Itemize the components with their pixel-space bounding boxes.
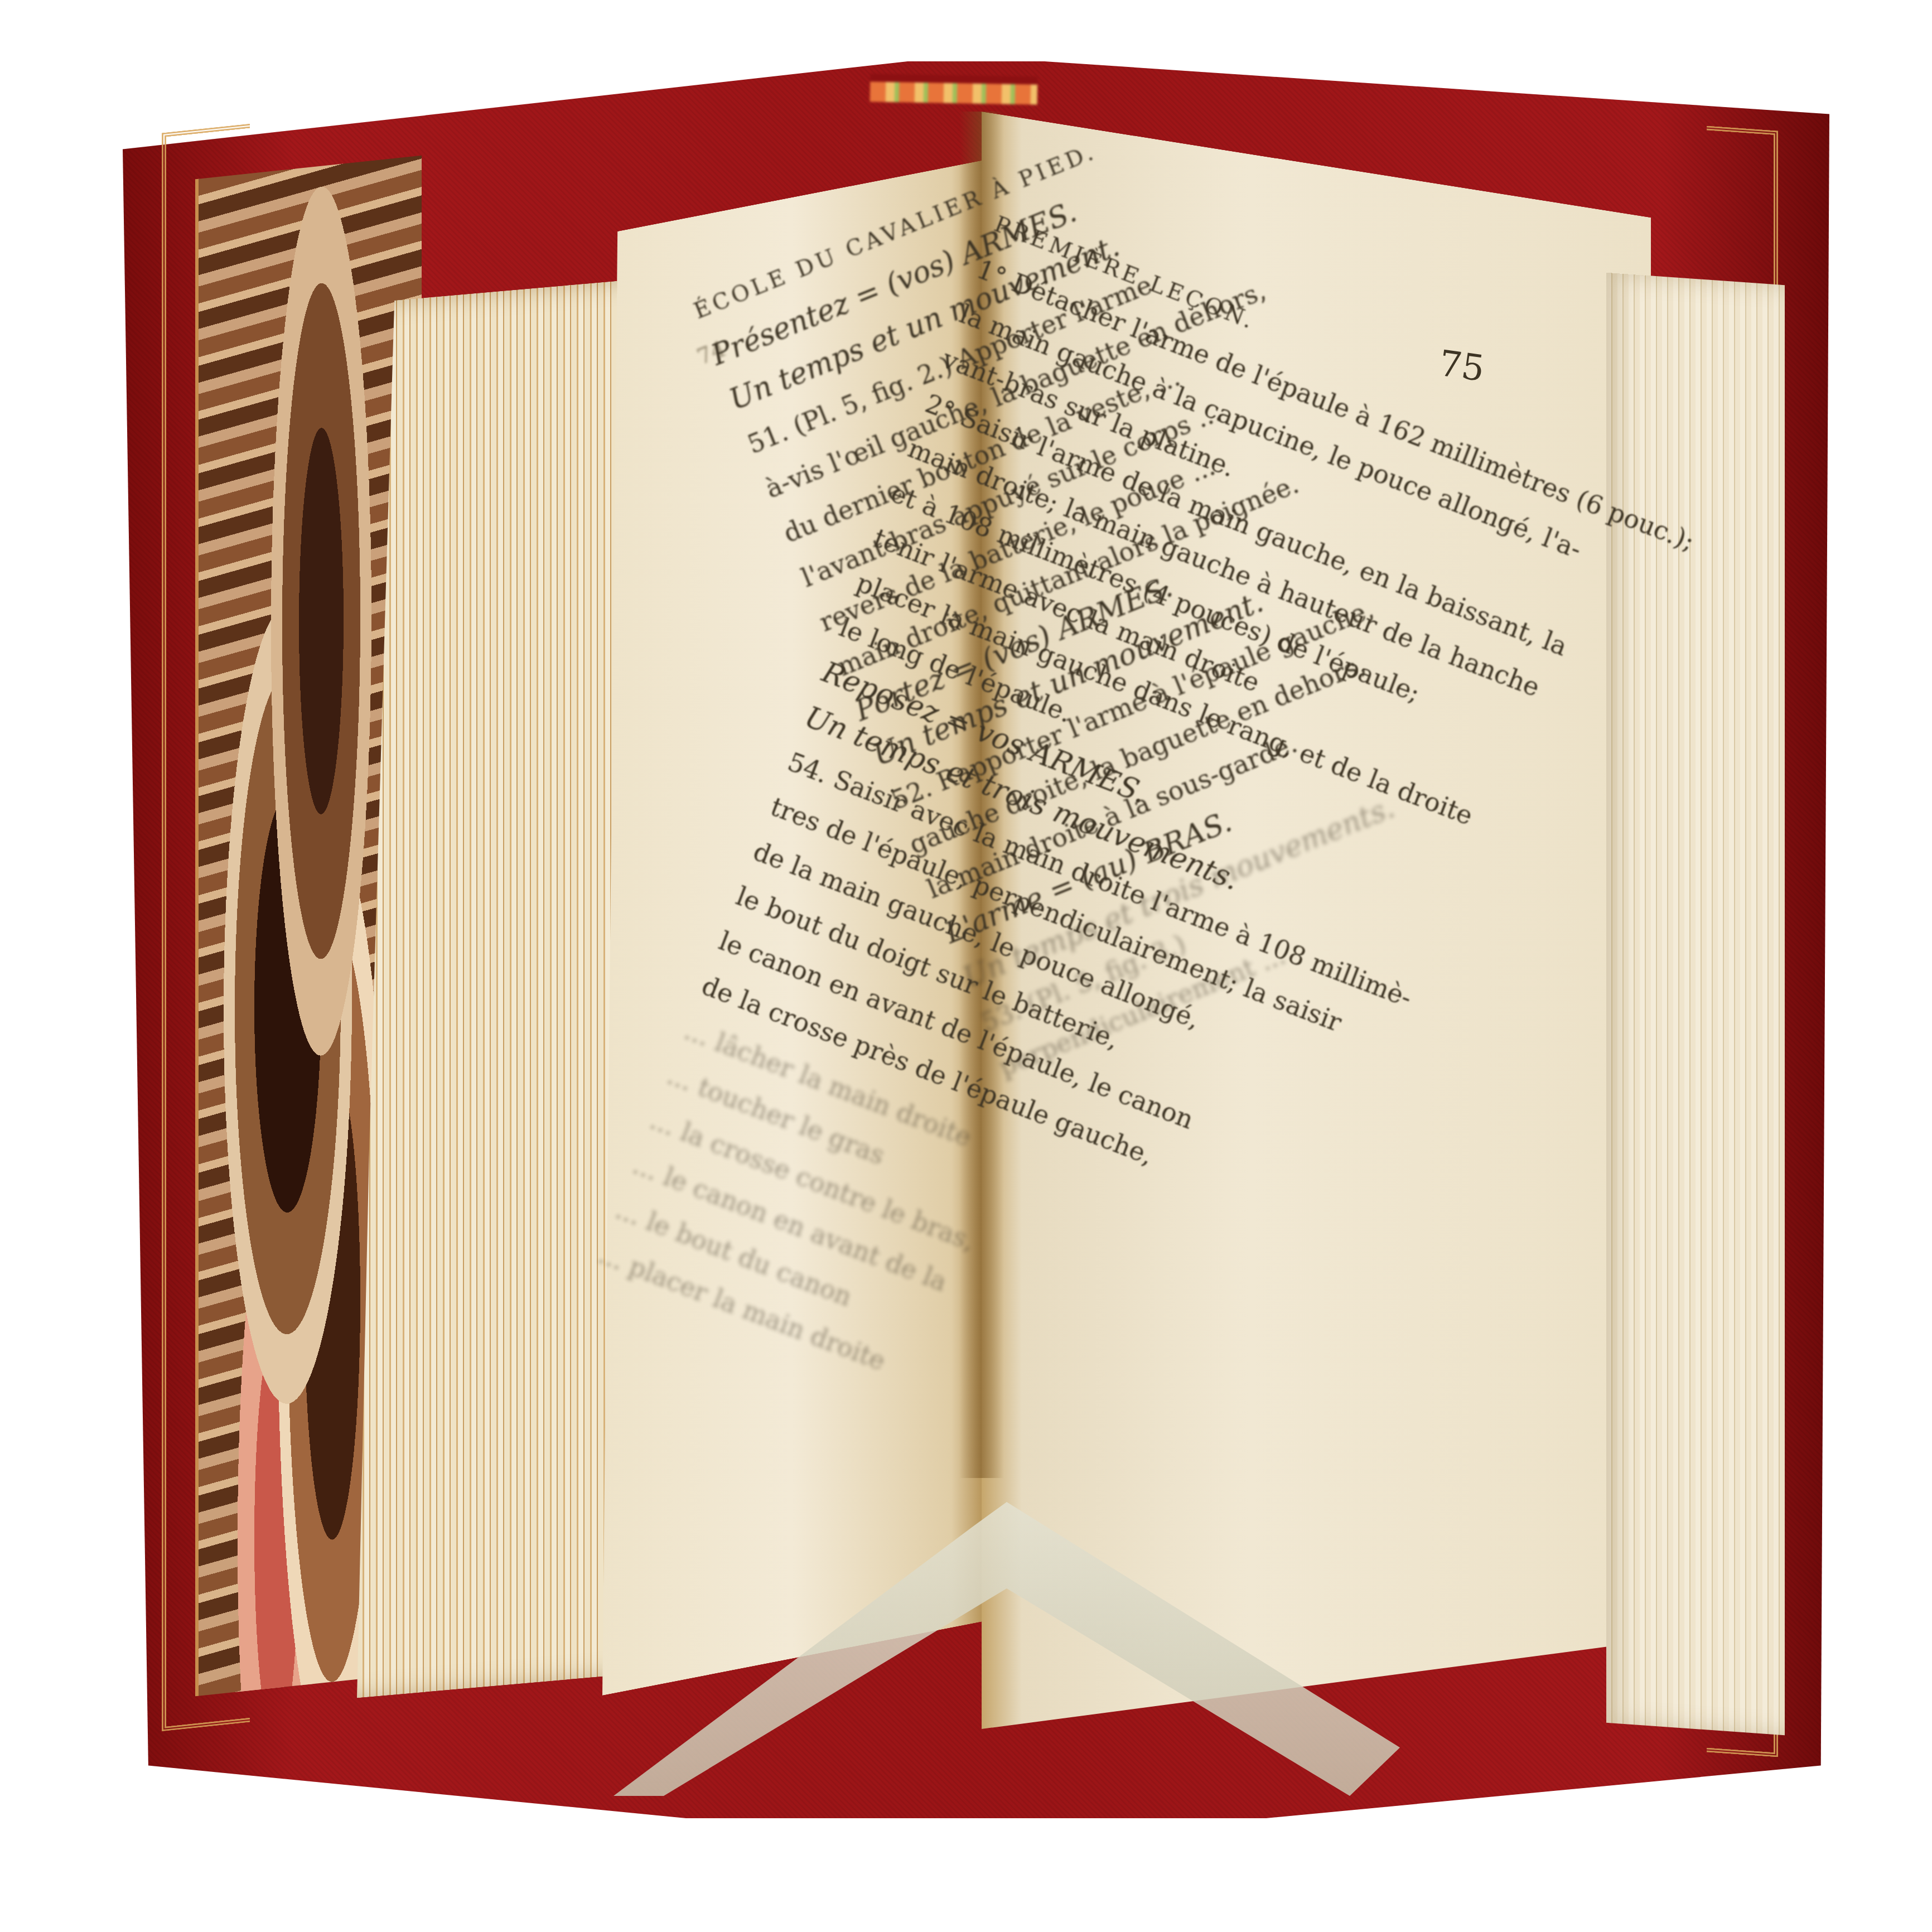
book-photo: 74 ÉCOLE DU CAVALIER À PIED. Présentez =… (0, 0, 1932, 1932)
headband (870, 74, 1038, 104)
